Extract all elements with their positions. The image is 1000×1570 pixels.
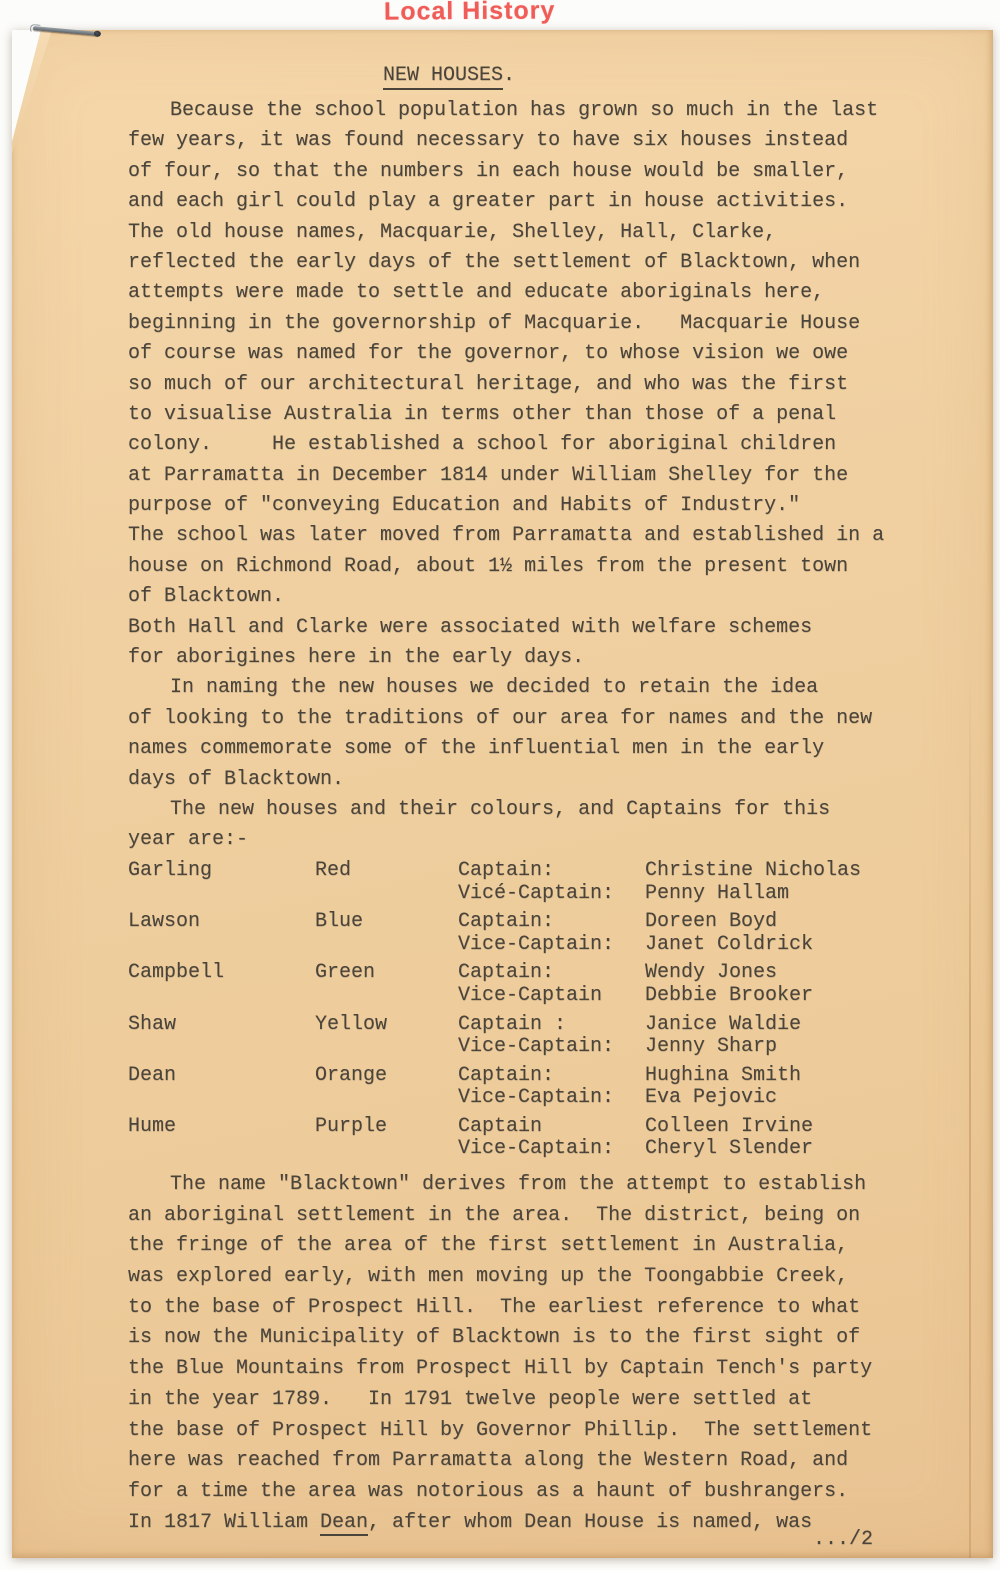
house-row: DeanOrangeCaptain:Hughina SmithVice-Capt… (128, 1065, 928, 1110)
text-line: to visualise Australia in terms other th… (128, 400, 928, 430)
vice-captain-name: Debbie Brooker (645, 985, 813, 1008)
house-colour: Green (315, 962, 375, 985)
house-name: Campbell (128, 962, 224, 985)
text-line: year are:- (128, 825, 928, 855)
text-line: Both Hall and Clarke were associated wit… (128, 613, 928, 643)
house-name: Lawson (128, 911, 200, 934)
house-row: LawsonBlueCaptain:Doreen BoydVice-Captai… (128, 911, 928, 956)
text-line: beginning in the governorship of Macquar… (128, 309, 928, 339)
vice-captain-label: Vice-Captain: (458, 1138, 614, 1161)
captain-label: Captain: (458, 1065, 554, 1088)
vice-captain-label: Vice-Captain: (458, 934, 614, 957)
house-colour: Purple (315, 1116, 387, 1139)
text-line: The name "Blacktown" derives from the at… (128, 1170, 928, 1201)
paper-crease (969, 670, 971, 1558)
house-name: Hume (128, 1116, 176, 1139)
page-number-marker: .../2 (813, 1525, 873, 1555)
vice-captain-name: Janet Coldrick (645, 934, 813, 957)
text-line: purpose of "conveying Education and Habi… (128, 491, 928, 521)
text-line: The old house names, Macquarie, Shelley,… (128, 218, 928, 248)
document-title: NEW HOUSES. (383, 61, 515, 91)
text-line: so much of our architectural heritage, a… (128, 370, 928, 400)
captain-label: Captain: (458, 962, 554, 985)
text-line: house on Richmond Road, about 1½ miles f… (128, 552, 928, 582)
house-row: GarlingRedCaptain:Christine NicholasVicé… (128, 860, 928, 905)
scan-background: { "stamp": { "label": "Local History", "… (0, 0, 1000, 1570)
captain-name: Colleen Irvine (645, 1116, 813, 1139)
vice-captain-label: Vicé-Captain: (458, 883, 614, 906)
captain-name: Christine Nicholas (645, 860, 861, 883)
text-line: attempts were made to settle and educate… (128, 278, 928, 308)
captain-label: Captain: (458, 911, 554, 934)
captain-name: Wendy Jones (645, 962, 777, 985)
house-colour: Blue (315, 911, 363, 934)
text-line: to the base of Prospect Hill. The earlie… (128, 1293, 928, 1324)
text-line: In naming the new houses we decided to r… (128, 673, 928, 703)
house-name: Shaw (128, 1014, 176, 1037)
closing-text: The name "Blacktown" derives from the at… (128, 1170, 928, 1538)
text-line: few years, it was found necessary to hav… (128, 126, 928, 156)
document-page: Local History NEW HOUSES. Because the sc… (12, 30, 993, 1558)
house-colour: Red (315, 860, 351, 883)
vice-captain-name: Cheryl Slender (645, 1138, 813, 1161)
houses-table: GarlingRedCaptain:Christine NicholasVicé… (128, 860, 928, 1167)
captain-name: Janice Waldie (645, 1014, 801, 1037)
text-line: was explored early, with men moving up t… (128, 1262, 928, 1293)
text-line: of course was named for the governor, to… (128, 339, 928, 369)
captain-label: Captain : (458, 1014, 566, 1037)
text-line: an aboriginal settlement in the area. Th… (128, 1201, 928, 1232)
captain-label: Captain: (458, 860, 554, 883)
text-line: the base of Prospect Hill by Governor Ph… (128, 1416, 928, 1447)
text-line: The school was later moved from Parramat… (128, 521, 928, 551)
text-line: reflected the early days of the settleme… (128, 248, 928, 278)
text-line: for aborigines here in the early days. (128, 643, 928, 673)
captain-name: Hughina Smith (645, 1065, 801, 1088)
text-line: of four, so that the numbers in each hou… (128, 157, 928, 187)
document-title-period: . (503, 64, 515, 87)
house-row: ShawYellowCaptain :Janice WaldieVice-Cap… (128, 1014, 928, 1059)
text-line: here was reached from Parramatta along t… (128, 1446, 928, 1477)
text-line: the Blue Mountains from Prospect Hill by… (128, 1354, 928, 1385)
house-row: HumePurpleCaptainColleen IrvineVice-Capt… (128, 1116, 928, 1161)
text-line: at Parramatta in December 1814 under Wil… (128, 461, 928, 491)
text-line: for a time the area was notorious as a h… (128, 1477, 928, 1508)
document-title-text: NEW HOUSES (383, 64, 503, 90)
vice-captain-name: Eva Pejovic (645, 1087, 777, 1110)
house-colour: Yellow (315, 1014, 387, 1037)
text-line: the fringe of the area of the first sett… (128, 1231, 928, 1262)
house-name: Garling (128, 860, 212, 883)
text-line: colony. He established a school for abor… (128, 430, 928, 460)
text-line: names commemorate some of the influentia… (128, 734, 928, 764)
house-name: Dean (128, 1065, 176, 1088)
captain-name: Doreen Boyd (645, 911, 777, 934)
text-line: Because the school population has grown … (128, 96, 928, 126)
vice-captain-label: Vice-Captain: (458, 1036, 614, 1059)
text-line: of Blacktown. (128, 582, 928, 612)
local-history-stamp: Local History (384, 0, 556, 27)
text-line: of looking to the traditions of our area… (128, 704, 928, 734)
vice-captain-name: Jenny Sharp (645, 1036, 777, 1059)
captain-label: Captain (458, 1116, 542, 1139)
text-line: The new houses and their colours, and Ca… (128, 795, 928, 825)
text-line: is now the Municipality of Blacktown is … (128, 1323, 928, 1354)
text-line: in the year 1789. In 1791 twelve people … (128, 1385, 928, 1416)
underlined-word: Dean (320, 1511, 368, 1536)
house-row: CampbellGreenCaptain:Wendy JonesVice-Cap… (128, 962, 928, 1007)
body-text: Because the school population has grown … (128, 96, 928, 856)
text-line: days of Blacktown. (128, 765, 928, 795)
vice-captain-name: Penny Hallam (645, 883, 789, 906)
vice-captain-label: Vice-Captain (458, 985, 602, 1008)
text-line: and each girl could play a greater part … (128, 187, 928, 217)
text-line: In 1817 William Dean, after whom Dean Ho… (128, 1508, 928, 1539)
house-colour: Orange (315, 1065, 387, 1088)
vice-captain-label: Vice-Captain: (458, 1087, 614, 1110)
